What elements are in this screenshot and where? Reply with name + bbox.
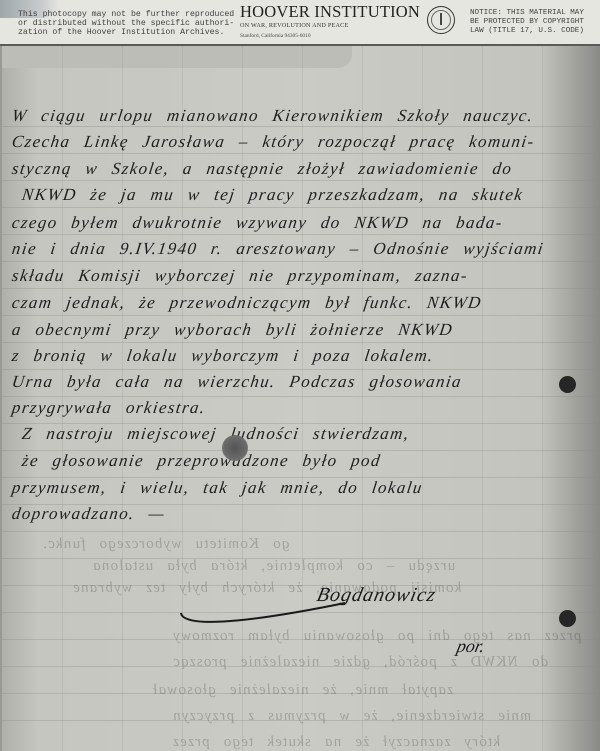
handwritten-line: styczną w Szkole, a następnie złożył zaw…: [11, 159, 514, 179]
handwritten-line: Z nastroju miejscowej ludności stwierdza…: [21, 424, 411, 444]
handwritten-page: go Komitetu wyborczego funkc. urzędu – c…: [2, 46, 600, 751]
bleed-through-text: urzędu – co kompletnie, która była ustal…: [91, 558, 456, 575]
ruled-line: [2, 369, 600, 370]
ruled-line: [2, 261, 600, 262]
ruled-line: [2, 126, 600, 127]
notice-line: BE PROTECTED BY COPYRIGHT: [470, 18, 600, 27]
grid-line: [542, 46, 543, 751]
handwritten-line: składu Komisji wyborczej nie przypominam…: [11, 266, 470, 286]
bleed-through-text: do NKWD z pośród, gdzie niezależnie pros…: [171, 654, 549, 671]
institution-block: HOOVER INSTITUTION ON WAR, REVOLUTION AN…: [240, 3, 420, 39]
punch-hole: [559, 376, 576, 393]
bleed-through-text: mnie stwierdzenie, że w przymus z przycz…: [171, 708, 532, 725]
reproduction-disclaimer: This photocopy may not be further reprod…: [18, 10, 243, 37]
bleed-through-text: go Komitetu wyborczego funkc.: [41, 536, 290, 553]
tower-glyph: [440, 13, 442, 25]
ruled-line: [2, 531, 600, 532]
bleed-through-text: zapytał mnie, że niezależnie głosował: [151, 682, 454, 699]
ink-stain: [222, 435, 248, 461]
ruled-line: [2, 315, 600, 316]
ruled-line: [2, 396, 600, 397]
handwritten-line: czego byłem dwukrotnie wzywany do NKWD n…: [11, 213, 505, 233]
copyright-notice: NOTICE: THIS MATERIAL MAY BE PROTECTED B…: [470, 9, 600, 36]
handwritten-line: czam jednak, że przewodniczącym był funk…: [11, 293, 484, 313]
hoover-tower-seal-icon: [427, 6, 455, 34]
ruled-line: [2, 153, 600, 154]
handwritten-line: przymusem, i wielu, tak jak mnie, do lok…: [11, 478, 425, 498]
disclaimer-line: zation of the Hoover Institution Archive…: [18, 28, 243, 37]
institution-name: HOOVER INSTITUTION: [240, 3, 420, 20]
ruled-line: [2, 207, 600, 208]
institution-subtitle: ON WAR, REVOLUTION AND PEACE: [240, 22, 420, 29]
ruled-line: [2, 180, 600, 181]
handwritten-line: przygrywała orkiestra.: [11, 398, 207, 418]
ruled-line: [2, 342, 600, 343]
archive-header-strip: This photocopy may not be further reprod…: [0, 0, 600, 46]
handwritten-line: z bronią w lokalu wyborczym i poza lokal…: [11, 346, 436, 366]
punch-hole: [559, 610, 576, 627]
notice-line: NOTICE: THIS MATERIAL MAY: [470, 9, 600, 18]
bleed-through-text: który zaznaczył że na skutek tego przez: [171, 734, 501, 751]
institution-address: Stanford, California 94305-6010: [240, 33, 420, 39]
handwritten-line: W ciągu urlopu mianowano Kierownikiem Sz…: [11, 106, 535, 126]
disclaimer-line: This photocopy may not be further reprod…: [18, 10, 243, 19]
handwritten-line: nie i dnia 9.IV.1940 r. aresztowany – Od…: [11, 239, 546, 259]
handwritten-line: Czecha Linkę Jarosława – który rozpoczął…: [11, 132, 537, 152]
handwritten-line: a obecnymi przy wyborach byli żołnierze …: [11, 320, 455, 340]
ruled-line: [2, 234, 600, 235]
handwritten-line: że głosowanie przeprowadzone było pod: [21, 451, 383, 471]
ruled-line: [2, 288, 600, 289]
handwritten-line: NKWD że ja mu w tej pracy przeszkadzam, …: [21, 185, 525, 205]
notice-line: LAW (TITLE 17, U.S. CODE): [470, 27, 600, 36]
tape-shadow: [2, 46, 352, 68]
signature: Bogdanowicz: [315, 584, 439, 607]
handwritten-line: Urna była cała na wierzchu. Podczas głos…: [11, 372, 464, 392]
signature-rank: por.: [455, 636, 487, 657]
handwritten-line: doprowadzano. —: [11, 504, 167, 524]
disclaimer-line: or distributed without the specific auth…: [18, 19, 243, 28]
